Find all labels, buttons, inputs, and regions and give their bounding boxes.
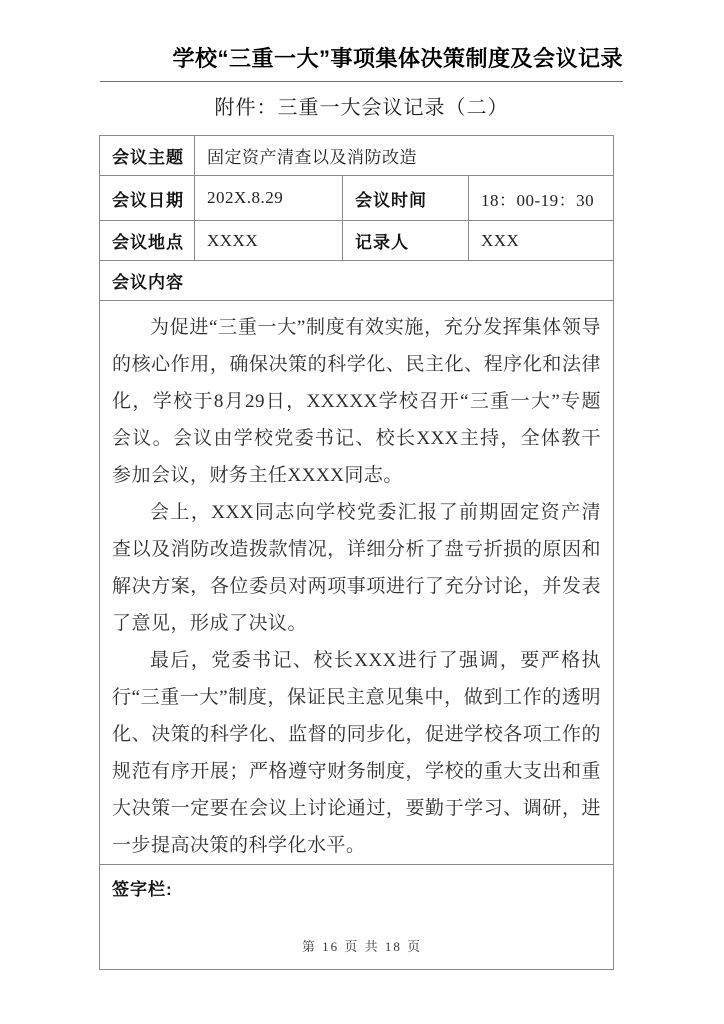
subject-label: 会议主题 — [100, 136, 195, 176]
page-title: 学校“三重一大”事项集体决策制度及会议记录 — [100, 46, 623, 72]
page-number-footer: 第 16 页 共 18 页 — [0, 936, 724, 955]
table-row-subject: 会议主题 固定资产清查以及消防改造 — [100, 136, 614, 176]
recorder-label: 记录人 — [343, 221, 469, 261]
table-row-location-recorder: 会议地点 XXXX 记录人 XXX — [100, 221, 614, 261]
content-paragraph-1: 为促进“三重一大”制度有效实施，充分发挥集体领导的核心作用，确保决策的科学化、民… — [112, 309, 601, 494]
document-page: 学校“三重一大”事项集体决策制度及会议记录 附件：三重一大会议记录（二） 会议主… — [0, 0, 724, 1024]
location-label: 会议地点 — [100, 221, 195, 261]
table-row-content-body: 为促进“三重一大”制度有效实施，充分发挥集体领导的核心作用，确保决策的科学化、民… — [100, 301, 614, 865]
recorder-value: XXX — [469, 221, 614, 261]
content-body-cell: 为促进“三重一大”制度有效实施，充分发挥集体领导的核心作用，确保决策的科学化、民… — [100, 301, 614, 865]
location-value: XXXX — [195, 221, 343, 261]
meeting-record-table: 会议主题 固定资产清查以及消防改造 会议日期 202X.8.29 会议时间 18… — [99, 135, 614, 970]
table-row-content-header: 会议内容 — [100, 261, 614, 301]
content-header-label: 会议内容 — [100, 261, 614, 301]
table-row-date-time: 会议日期 202X.8.29 会议时间 18：00-19：30 — [100, 176, 614, 221]
time-label: 会议时间 — [343, 176, 469, 221]
attachment-caption: 附件：三重一大会议记录（二） — [100, 95, 623, 121]
date-label: 会议日期 — [100, 176, 195, 221]
content-paragraph-2: 会上，XXX同志向学校党委汇报了前期固定资产清查以及消防改造拨款情况，详细分析了… — [112, 494, 601, 642]
time-value: 18：00-19：30 — [469, 176, 614, 221]
content-paragraph-3: 最后，党委书记、校长XXX进行了强调，要严格执行“三重一大”制度，保证民主意见集… — [112, 642, 601, 864]
document-header: 学校“三重一大”事项集体决策制度及会议记录 — [100, 46, 623, 82]
date-value: 202X.8.29 — [195, 176, 343, 221]
subject-value: 固定资产清查以及消防改造 — [195, 136, 614, 176]
